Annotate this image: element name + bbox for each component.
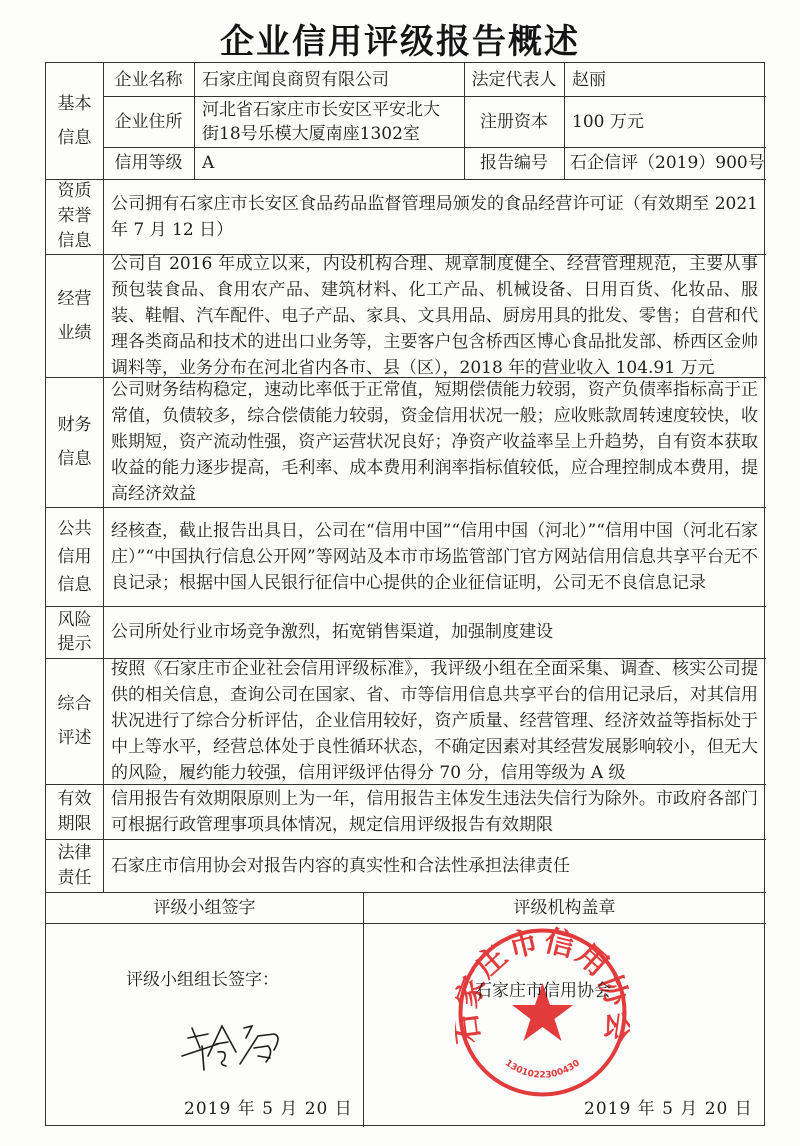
section-label-text: 财务信息 [57,408,93,476]
page-title: 企业信用评级报告概述 [0,14,800,63]
legal-rep-value: 赵丽 [564,63,766,96]
section-text-business: 公司自 2016 年成立以来，内设机构合理、规章制度健全、经营管理规范，主要从事… [103,254,766,377]
section-label-validity: 有效期限 [46,784,103,839]
section-label-basic-info: 基本信息 [46,63,103,179]
section-label-text: 经营业绩 [57,282,93,350]
report-table: 基本信息 企业名称 石家庄闻良商贸有限公司 法定代表人 赵丽 企业住所 河北省石… [45,62,765,1126]
section-text-finance: 公司财务结构稳定，速动比率低于正常值，短期偿债能力较弱，资产负债率指标高于正常值… [103,377,766,507]
org-name: 石家庄市信用协会 [475,976,611,1001]
section-label-qualification: 资质荣誉信息 [46,179,103,254]
section-text-legal: 石家庄市信用协会对报告内容的真实性和合法性承担法律责任 [103,839,766,892]
registered-capital-value: 100 万元 [564,96,766,147]
credit-grade-value: A [194,147,464,179]
leader-sign-label: 评级小组组长签字： [126,968,346,994]
section-label-summary: 综合评述 [46,658,103,784]
legal-rep-label: 法定代表人 [464,63,564,96]
right-seal-date: 2019 年 5 月 20 日 [584,1097,764,1123]
section-text-risk: 公司所处行业市场竞争激烈，拓宽销售渠道，加强制度建设 [103,606,766,658]
section-label-text: 资质荣誉信息 [57,179,93,254]
section-label-text: 基本信息 [57,87,93,155]
section-text-validity: 信用报告有效期限原则上为一年，信用报告主体发生违法失信行为除外。市政府各部门可根… [103,784,766,839]
section-text-qualification: 公司拥有石家庄市长安区食品药品监督管理局颁发的食品经营许可证（有效期至 2021… [103,179,766,254]
address-label: 企业住所 [103,96,194,147]
paragraph: 公司拥有石家庄市长安区食品药品监督管理局颁发的食品经营许可证（有效期至 2021… [111,191,758,243]
paragraph: 按照《石家庄市企业社会信用评级标准》，我评级小组在全面采集、调查、核实公司提供的… [111,656,758,786]
company-name-label: 企业名称 [103,63,194,96]
sign-header-panel: 评级小组签字 [46,892,363,923]
registered-capital-label: 注册资本 [464,96,564,147]
divider [46,923,766,924]
seal-code-text: 1301022300430 [503,1058,582,1080]
section-label-text: 综合评述 [57,687,93,755]
seal-header-org: 评级机构盖章 [363,892,766,923]
report-no-value: 石企信评（2019）900号 [564,147,766,179]
divider [363,892,364,1127]
svg-text:1301022300430: 1301022300430 [503,1058,582,1080]
section-text-summary: 按照《石家庄市企业社会信用评级标准》，我评级小组在全面采集、调查、核实公司提供的… [103,658,766,784]
paragraph: 公司所处行业市场竞争激烈，拓宽销售渠道，加强制度建设 [111,619,553,645]
address-value: 河北省石家庄市长安区平安北大街18号乐模大厦南座1302室 [194,96,464,147]
section-label-text: 公共信用信息 [57,515,93,599]
left-sign-date: 2019 年 5 月 20 日 [184,1097,364,1123]
paragraph: 公司财务结构稳定，速动比率低于正常值，短期偿债能力较弱，资产负债率指标高于正常值… [111,377,758,507]
report-no-label: 报告编号 [464,147,564,179]
section-label-legal: 法律责任 [46,839,103,892]
company-name-value: 石家庄闻良商贸有限公司 [194,63,464,96]
official-seal-icon: 石家庄市信用协会 1301022300430 [455,925,630,1100]
paragraph: 石家庄市信用协会对报告内容的真实性和合法性承担法律责任 [111,853,570,879]
section-label-finance: 财务信息 [46,377,103,507]
section-label-public-credit: 公共信用信息 [46,507,103,606]
paragraph: 公司自 2016 年成立以来，内设机构合理、规章制度健全、经营管理规范，主要从事… [111,251,758,381]
credit-grade-label: 信用等级 [103,147,194,179]
paragraph: 经核查，截止报告出具日，公司在“信用中国”“信用中国（河北）”“信用中国（河北石… [111,518,758,596]
handwritten-signature [178,1016,298,1076]
paragraph: 信用报告有效期限原则上为一年，信用报告主体发生违法失信行为除外。市政府各部门可根… [111,786,758,838]
section-label-risk: 风险提示 [46,606,103,658]
section-text-public-credit: 经核查，截止报告出具日，公司在“信用中国”“信用中国（河北）”“信用中国（河北石… [103,507,766,606]
section-label-business: 经营业绩 [46,254,103,377]
section-label-text: 法律责任 [57,841,93,891]
section-label-text: 有效期限 [57,787,93,837]
section-label-text: 风险提示 [57,608,93,656]
